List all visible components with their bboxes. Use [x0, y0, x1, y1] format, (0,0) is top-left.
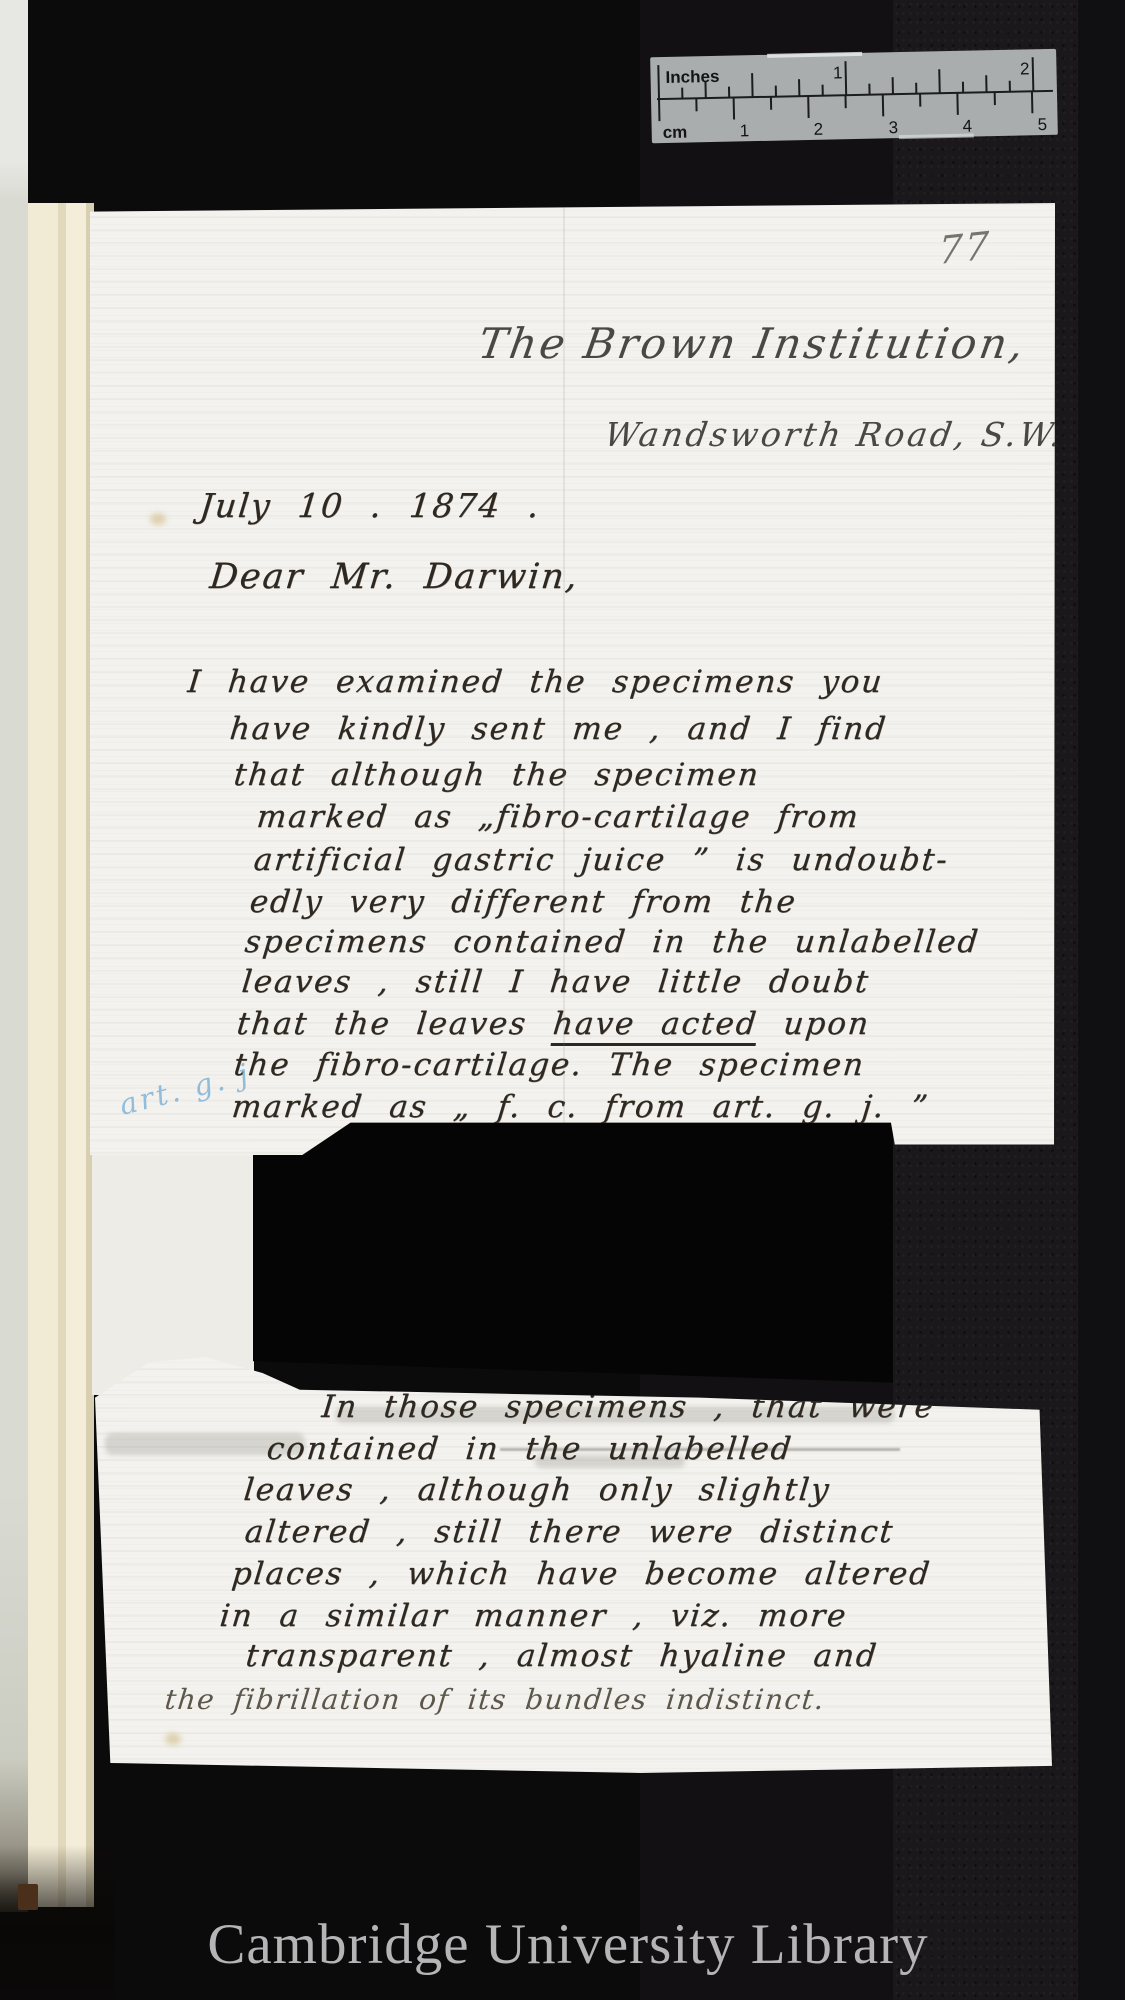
ruler-cm-number-4: 4	[962, 117, 972, 136]
handwritten-line: in a similar manner , viz. more	[218, 1598, 849, 1634]
ruler-inch-number-1: 1	[833, 63, 843, 82]
ruler-inches-label: Inches	[665, 67, 719, 87]
letterhead-line2: Wandsworth Road, S.W.	[602, 415, 990, 454]
ruler-cm-number-5: 5	[1037, 115, 1047, 134]
handwritten-line: marked as „ f. c. from art. g. j. ”	[230, 1089, 931, 1125]
pencil-annotation-line: the fibrillation of its bundles indistin…	[163, 1682, 827, 1718]
book-gutter-shadow	[0, 1845, 115, 2000]
letterhead-line1: The Brown Institution,	[475, 319, 961, 368]
album-page-cream-edge	[28, 203, 94, 1907]
velvet-background-edge	[1078, 0, 1125, 2000]
line-post: upon	[756, 1006, 872, 1042]
handwritten-line: transparent , almost hyaline and	[244, 1638, 880, 1674]
measurement-ruler: Inches 1 2 cm 1 2 3 4 5	[649, 46, 1061, 147]
ruler-cm-number-2: 2	[813, 120, 823, 139]
letter-fragment-sheet: In those specimens , that were contained…	[95, 1355, 1052, 1773]
handwritten-line: marked as „fibro-cartilage from	[255, 799, 862, 835]
manuscript-scan-page: Inches 1 2 cm 1 2 3 4 5 77 The Brown Ins…	[0, 0, 1125, 2000]
handwritten-line: contained in the unlabelled	[265, 1431, 795, 1467]
letter-sheet: 77 The Brown Institution, Wandsworth Roa…	[90, 203, 1055, 1155]
archive-page-number: 77	[938, 227, 991, 269]
spine-tab	[18, 1884, 38, 1910]
letter-date: July 10 . 1874 .	[198, 488, 542, 524]
ruler-graphic: Inches 1 2 cm 1 2 3 4 5	[649, 46, 1061, 147]
foxing-spot	[150, 513, 166, 525]
album-page-visible-area	[92, 1118, 254, 1395]
handwritten-line: leaves , although only slightly	[242, 1472, 832, 1508]
foxing-spot	[165, 1733, 181, 1745]
handwritten-line: artificial gastric juice ” is undoubt-	[252, 842, 951, 878]
handwritten-line: edly very different from the	[248, 884, 799, 920]
handwritten-line: altered , still there were distinct	[243, 1514, 896, 1550]
letter-salutation: Dear Mr. Darwin,	[208, 559, 581, 595]
library-watermark: Cambridge University Library	[182, 1912, 954, 1977]
handwritten-line: that although the specimen	[232, 757, 762, 793]
ruler-cm-number-3: 3	[888, 118, 898, 137]
handwritten-line-underlined: that the leaves have acted upon	[235, 1006, 872, 1042]
ruler-cm-label: cm	[663, 123, 688, 143]
underlined-phrase: have acted	[551, 1006, 760, 1046]
handwritten-line: specimens contained in the unlabelled	[243, 924, 981, 960]
handwritten-line: I have examined the specimens you	[186, 664, 885, 700]
ruler-cm-number-1: 1	[740, 121, 750, 140]
black-backing-sheet	[253, 1120, 893, 1388]
album-page-outer-edge	[0, 0, 28, 1912]
handwritten-line: have kindly sent me , and I find	[228, 711, 889, 747]
handwritten-line: the fibro-cartilage. The specimen	[232, 1047, 867, 1083]
handwritten-line: places , which have become altered	[230, 1556, 933, 1592]
line-pre: that the leaves	[235, 1006, 555, 1042]
ruler-inch-number-2: 2	[1020, 59, 1030, 78]
handwritten-line: leaves , still I have little doubt	[240, 964, 872, 1000]
